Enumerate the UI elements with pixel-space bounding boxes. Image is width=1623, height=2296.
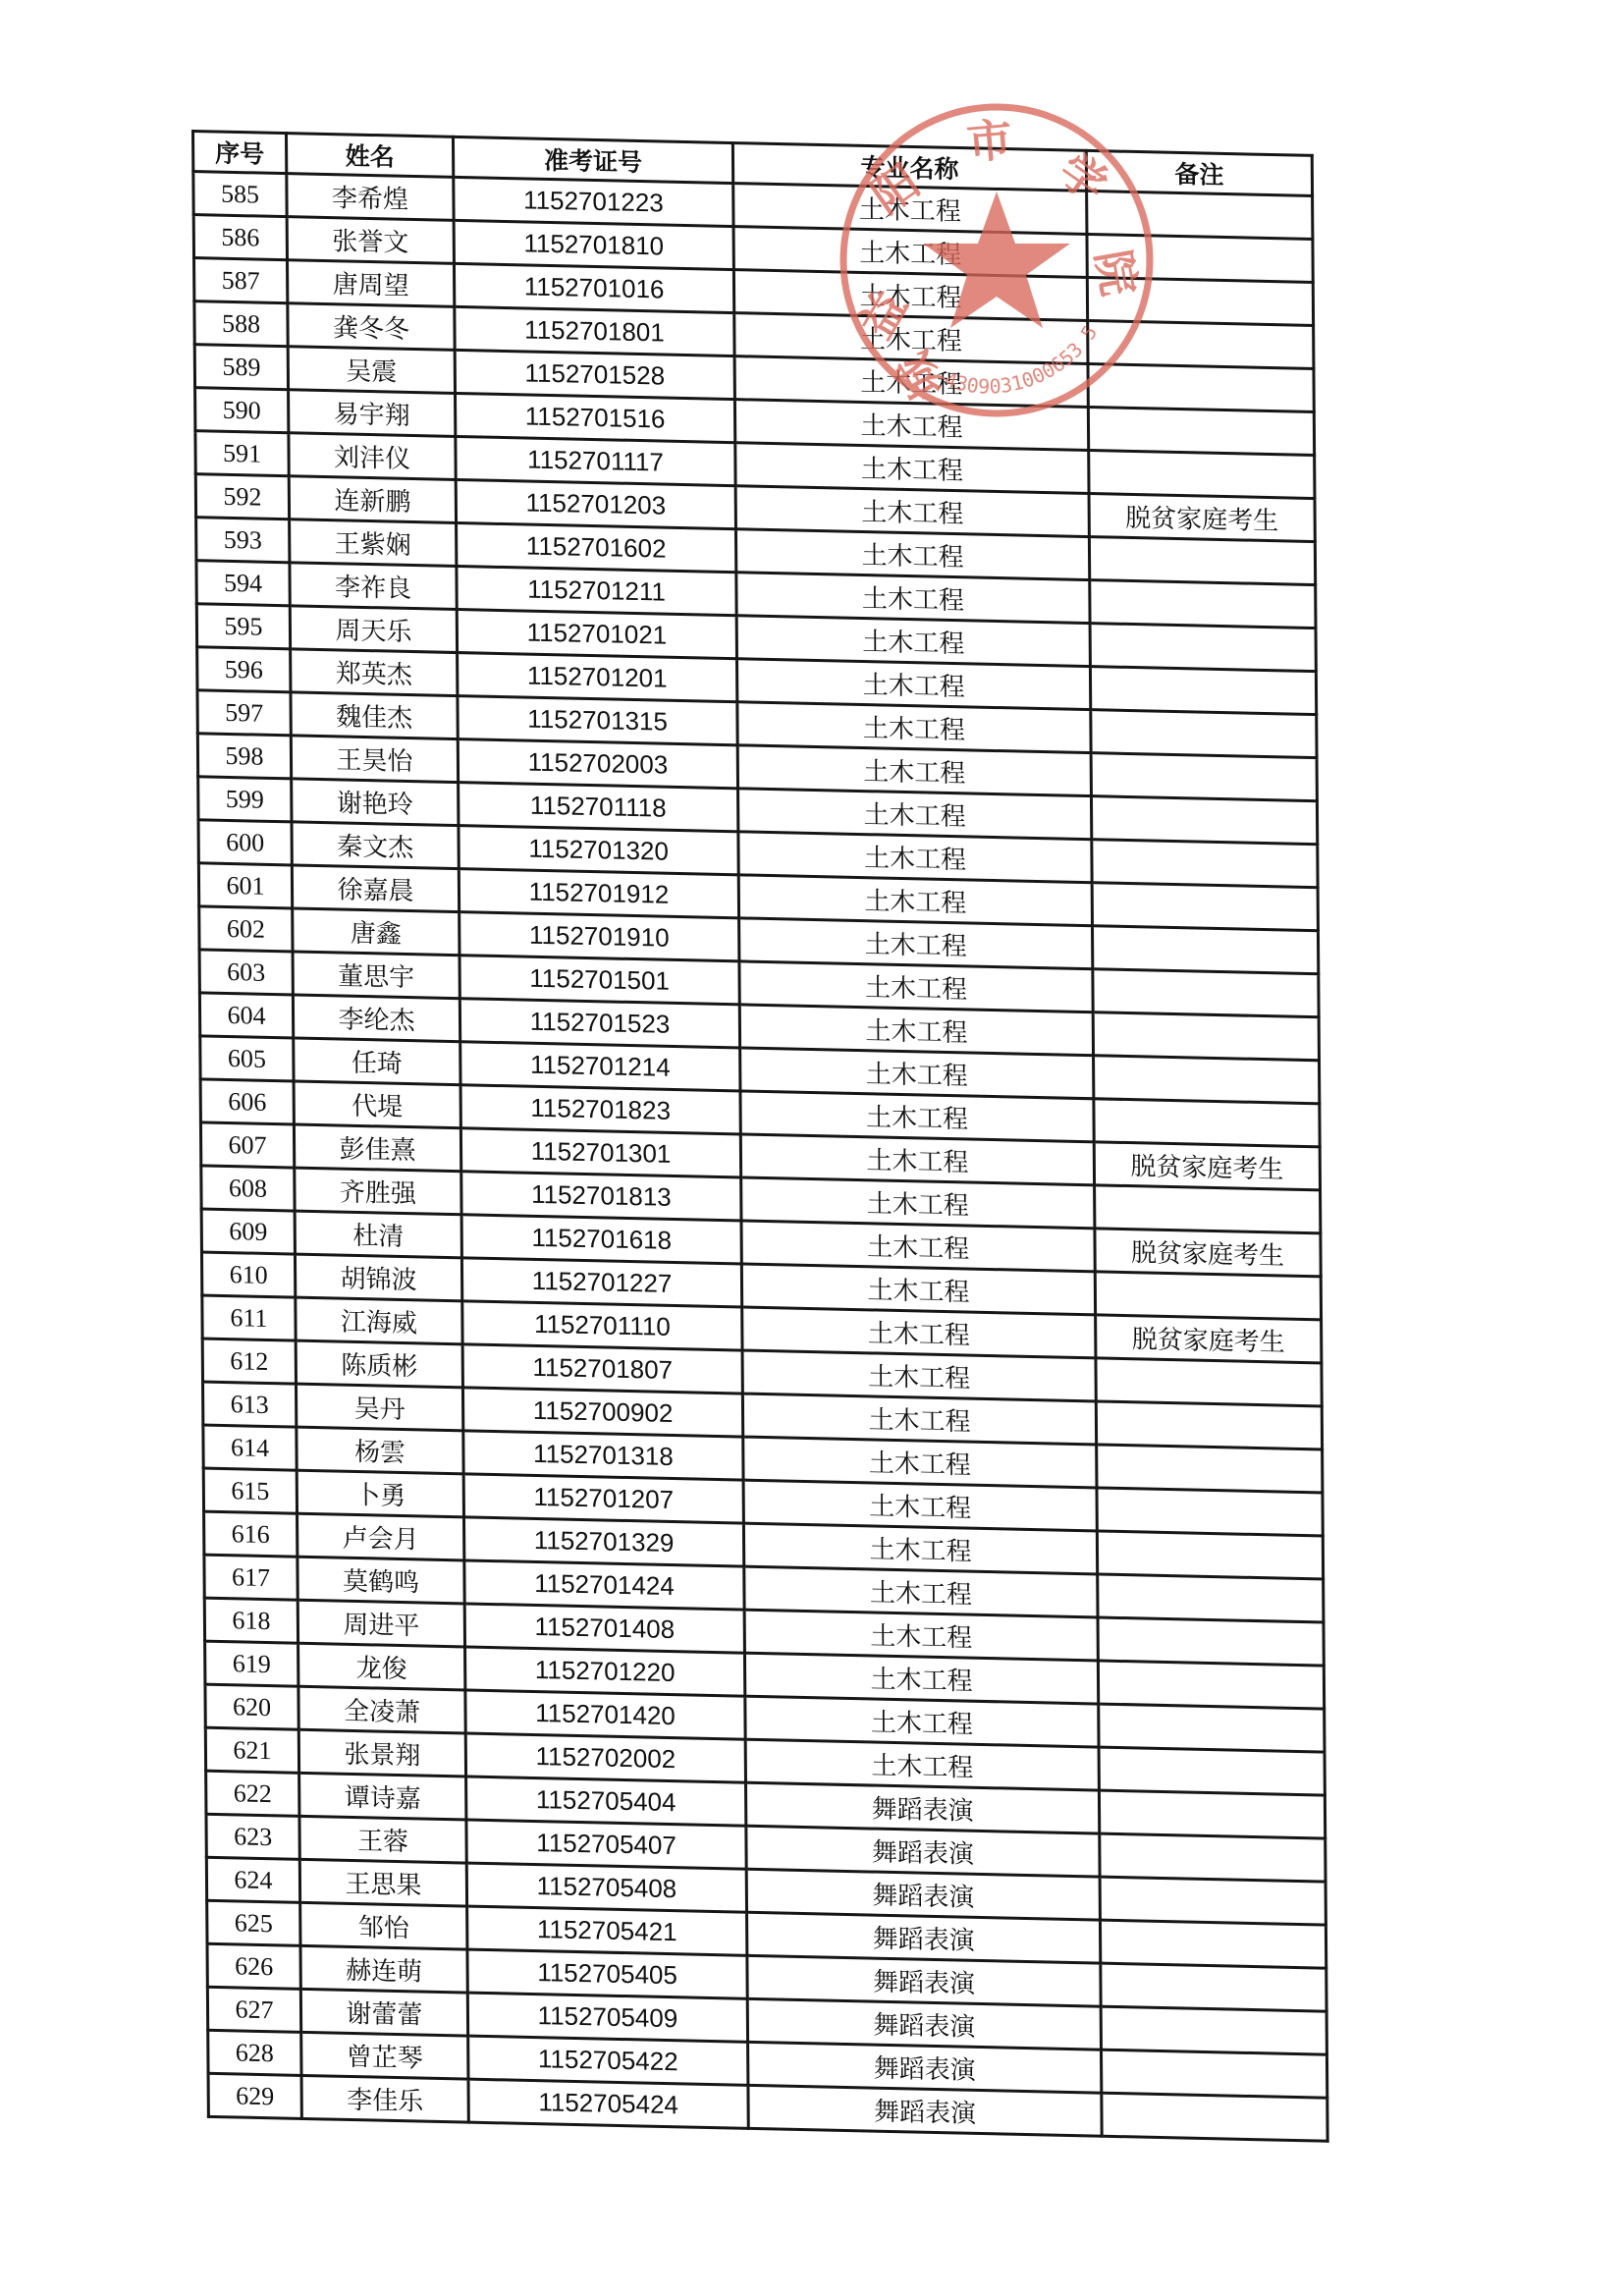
cell-exam-id: 1152701315: [458, 696, 737, 745]
cell-exam-id: 1152701408: [464, 1604, 744, 1653]
cell-note: [1088, 407, 1314, 455]
cell-major: 土木工程: [733, 184, 1087, 235]
cell-exam-id: 1152701207: [463, 1474, 743, 1523]
cell-exam-id: 1152701227: [461, 1258, 741, 1307]
cell-exam-id: 1152701203: [456, 479, 735, 528]
cell-major: 土木工程: [735, 486, 1089, 537]
cell-major: 舞蹈表演: [747, 1912, 1101, 1963]
cell-seq: 591: [195, 431, 289, 476]
cell-name: 赫连萌: [300, 1945, 467, 1993]
cell-major: 土木工程: [736, 573, 1090, 624]
cell-exam-id: 1152701501: [460, 956, 739, 1005]
table-body: 585李希煌1152701223土木工程586张誉文1152701810土木工程…: [193, 172, 1327, 2142]
cell-name: 胡锦波: [295, 1254, 461, 1301]
cell-name: 李佳乐: [301, 2075, 468, 2122]
cell-note: [1100, 1877, 1325, 1925]
cell-note: [1092, 840, 1318, 888]
cell-name: 张誉文: [287, 217, 454, 264]
cell-exam-id: 1152701117: [456, 436, 735, 485]
cell-major: 土木工程: [744, 1610, 1098, 1661]
cell-seq: 586: [193, 215, 287, 260]
cell-name: 全凌萧: [298, 1686, 465, 1733]
cell-note: [1095, 1185, 1321, 1233]
cell-name: 刘沣仪: [289, 433, 456, 480]
cell-exam-id: 1152701220: [465, 1647, 745, 1696]
cell-name: 李纶杰: [293, 995, 460, 1042]
cell-note: 脱贫家庭考生: [1094, 1142, 1320, 1190]
cell-major: 土木工程: [742, 1307, 1096, 1358]
cell-seq: 617: [204, 1555, 298, 1600]
header-exam-id: 准考证号: [453, 137, 732, 183]
cell-note: [1093, 969, 1319, 1017]
cell-seq: 626: [207, 1943, 300, 1989]
cell-major: 舞蹈表演: [747, 1998, 1101, 2050]
cell-note: [1100, 1833, 1325, 1882]
cell-name: 谭诗嘉: [299, 1773, 466, 1820]
cell-seq: 628: [208, 2030, 301, 2075]
cell-major: 舞蹈表演: [748, 2085, 1102, 2136]
cell-major: 土木工程: [739, 961, 1093, 1012]
cell-major: 土木工程: [734, 356, 1088, 408]
cell-note: [1087, 191, 1313, 239]
cell-name: 莫鹤鸣: [298, 1557, 464, 1604]
cell-name: 彭佳熹: [294, 1124, 460, 1172]
cell-note: [1099, 1704, 1325, 1752]
header-name: 姓名: [286, 134, 453, 178]
cell-major: 舞蹈表演: [745, 1782, 1099, 1833]
cell-major: 舞蹈表演: [746, 1869, 1100, 1920]
cell-exam-id: 1152701016: [454, 263, 733, 312]
cell-exam-id: 1152701807: [462, 1344, 742, 1394]
cell-note: [1090, 667, 1316, 715]
cell-note: 脱贫家庭考生: [1095, 1229, 1321, 1277]
cell-seq: 624: [206, 1857, 299, 1902]
cell-name: 龙俊: [298, 1643, 465, 1690]
cell-major: 土木工程: [734, 313, 1088, 364]
cell-note: [1101, 1963, 1326, 2011]
cell-name: 王思果: [299, 1859, 466, 1906]
cell-exam-id: 1152701516: [455, 393, 734, 442]
cell-seq: 590: [195, 388, 289, 433]
cell-seq: 588: [194, 301, 288, 347]
cell-note: [1087, 277, 1313, 325]
cell-note: [1088, 363, 1314, 411]
cell-seq: 605: [200, 1036, 294, 1081]
cell-major: 土木工程: [739, 918, 1093, 969]
cell-major: 土木工程: [745, 1739, 1099, 1790]
cell-seq: 599: [198, 777, 292, 822]
cell-seq: 608: [201, 1166, 295, 1211]
cell-exam-id: 1152701912: [459, 869, 738, 918]
cell-major: 土木工程: [743, 1523, 1097, 1574]
cell-note: [1096, 1401, 1322, 1449]
cell-exam-id: 1152705405: [467, 1949, 747, 1998]
cell-name: 周天乐: [290, 606, 457, 653]
cell-seq: 594: [196, 561, 290, 606]
cell-seq: 623: [206, 1814, 299, 1859]
cell-name: 齐胜强: [295, 1168, 461, 1215]
cell-seq: 589: [194, 345, 288, 390]
cell-note: 脱贫家庭考生: [1096, 1315, 1322, 1363]
cell-note: [1092, 883, 1318, 931]
cell-name: 魏佳杰: [291, 692, 458, 739]
cell-exam-id: 1152701602: [457, 522, 736, 572]
cell-note: [1098, 1574, 1324, 1622]
cell-seq: 613: [203, 1382, 297, 1427]
cell-name: 李希煌: [287, 174, 454, 221]
cell-seq: 601: [198, 863, 292, 908]
cell-seq: 614: [203, 1425, 297, 1470]
cell-major: 土木工程: [737, 745, 1091, 796]
cell-name: 代堤: [294, 1081, 460, 1128]
cell-note: [1097, 1488, 1323, 1536]
cell-major: 舞蹈表演: [748, 2042, 1102, 2093]
cell-major: 土木工程: [735, 529, 1089, 580]
cell-exam-id: 1152701329: [463, 1517, 743, 1566]
cell-name: 王昊怡: [291, 736, 458, 783]
cell-name: 杨雲: [297, 1427, 463, 1474]
cell-note: [1090, 624, 1316, 672]
cell-seq: 606: [200, 1079, 294, 1124]
cell-note: [1094, 1056, 1320, 1104]
cell-major: 土木工程: [733, 227, 1087, 278]
cell-exam-id: 1152701823: [460, 1085, 740, 1134]
cell-exam-id: 1152701318: [463, 1431, 743, 1480]
cell-exam-id: 1152705404: [466, 1777, 746, 1826]
cell-major: 土木工程: [745, 1696, 1099, 1747]
cell-seq: 595: [196, 604, 290, 649]
cell-note: [1091, 753, 1317, 801]
cell-seq: 621: [205, 1727, 298, 1773]
cell-name: 江海威: [296, 1297, 462, 1344]
cell-major: 土木工程: [735, 443, 1089, 494]
cell-name: 董思宇: [293, 952, 460, 999]
cell-name: 唐周望: [288, 260, 455, 307]
cell-note: [1092, 926, 1318, 974]
cell-note: [1097, 1531, 1323, 1579]
cell-seq: 597: [197, 690, 291, 736]
cell-seq: 622: [206, 1771, 299, 1816]
cell-name: 徐嘉晨: [292, 865, 459, 912]
header-note: 备注: [1086, 150, 1312, 195]
cell-exam-id: 1152705409: [467, 1993, 747, 2042]
cell-name: 杜清: [295, 1211, 461, 1258]
cell-name: 唐鑫: [293, 908, 460, 956]
cell-exam-id: 1152701211: [457, 566, 736, 615]
cell-exam-id: 1152701118: [459, 783, 738, 832]
cell-name: 王蓉: [299, 1816, 466, 1863]
cell-note: [1089, 537, 1315, 585]
cell-name: 卜勇: [297, 1470, 463, 1517]
cell-major: 土木工程: [740, 1048, 1094, 1099]
cell-seq: 615: [203, 1468, 297, 1513]
cell-major: 土木工程: [743, 1480, 1097, 1531]
cell-major: 土木工程: [738, 789, 1092, 840]
cell-exam-id: 1152700902: [462, 1388, 742, 1437]
cell-note: [1091, 710, 1317, 758]
cell-seq: 604: [199, 993, 293, 1038]
cell-exam-id: 1152701110: [462, 1301, 742, 1350]
cell-note: [1097, 1445, 1323, 1493]
cell-exam-id: 1152705424: [468, 2079, 748, 2128]
cell-seq: 612: [202, 1339, 296, 1384]
cell-major: 土木工程: [734, 400, 1088, 451]
cell-note: [1093, 1012, 1319, 1061]
cell-exam-id: 1152701301: [460, 1128, 740, 1177]
cell-note: [1094, 1099, 1320, 1147]
cell-note: [1101, 2006, 1326, 2054]
cell-name: 易宇翔: [289, 390, 456, 437]
cell-exam-id: 1152701618: [461, 1215, 741, 1264]
admission-roster-table: 序号 姓名 准考证号 专业名称 备注 585李希煌1152701223土木工程5…: [191, 130, 1329, 2143]
cell-seq: 618: [204, 1598, 298, 1643]
cell-major: 土木工程: [742, 1350, 1096, 1401]
cell-name: 郑英杰: [291, 649, 458, 696]
cell-seq: 602: [199, 906, 293, 952]
cell-seq: 585: [193, 172, 287, 217]
cell-note: [1096, 1358, 1322, 1406]
cell-name: 曾芷琴: [301, 2032, 468, 2079]
cell-note: 脱贫家庭考生: [1089, 494, 1315, 542]
cell-exam-id: 1152705407: [466, 1820, 746, 1869]
cell-seq: 596: [197, 647, 291, 692]
cell-major: 土木工程: [733, 270, 1087, 321]
cell-exam-id: 1152701910: [460, 912, 739, 961]
cell-name: 卢会月: [298, 1513, 464, 1560]
cell-major: 土木工程: [737, 702, 1091, 753]
cell-seq: 625: [207, 1900, 300, 1945]
cell-exam-id: 1152702002: [465, 1733, 745, 1782]
cell-seq: 611: [202, 1295, 296, 1340]
cell-exam-id: 1152705408: [466, 1863, 746, 1912]
header-seq: 序号: [193, 132, 287, 174]
cell-seq: 610: [201, 1252, 295, 1297]
cell-note: [1101, 2050, 1326, 2098]
cell-major: 土木工程: [736, 616, 1090, 667]
cell-major: 土木工程: [743, 1437, 1097, 1488]
cell-name: 吴震: [288, 347, 455, 394]
cell-exam-id: 1152701810: [454, 220, 733, 269]
cell-exam-id: 1152701420: [465, 1690, 745, 1739]
cell-seq: 587: [194, 258, 288, 303]
cell-exam-id: 1152701201: [458, 653, 737, 702]
cell-name: 任琦: [294, 1038, 460, 1085]
cell-note: [1091, 796, 1317, 845]
cell-name: 陈质彬: [296, 1340, 462, 1388]
cell-major: 土木工程: [738, 832, 1092, 883]
cell-exam-id: 1152702003: [458, 739, 737, 789]
cell-note: [1102, 2093, 1327, 2141]
cell-note: [1098, 1661, 1324, 1709]
cell-note: [1087, 234, 1313, 282]
cell-note: [1088, 320, 1314, 368]
cell-major: 舞蹈表演: [746, 1826, 1100, 1877]
cell-seq: 607: [200, 1122, 294, 1168]
cell-major: 土木工程: [742, 1394, 1096, 1445]
cell-major: 土木工程: [740, 1091, 1094, 1142]
cell-name: 龚冬冬: [288, 303, 455, 351]
cell-exam-id: 1152701813: [461, 1172, 741, 1221]
cell-note: [1099, 1747, 1325, 1795]
cell-seq: 629: [208, 2073, 301, 2118]
cell-seq: 592: [195, 474, 289, 519]
cell-name: 秦文杰: [292, 822, 459, 869]
cell-seq: 600: [198, 820, 292, 865]
cell-note: [1090, 580, 1316, 629]
cell-seq: 609: [201, 1209, 295, 1254]
cell-name: 李祚良: [290, 563, 457, 610]
cell-major: 舞蹈表演: [747, 1955, 1101, 2006]
cell-name: 吴丹: [296, 1384, 462, 1431]
cell-name: 谢蕾蕾: [300, 1989, 467, 2036]
cell-major: 土木工程: [741, 1177, 1095, 1229]
cell-name: 周进平: [298, 1600, 464, 1647]
cell-note: [1099, 1790, 1325, 1838]
cell-major: 土木工程: [739, 1005, 1093, 1056]
cell-major: 土木工程: [744, 1653, 1098, 1704]
cell-major: 土木工程: [744, 1566, 1098, 1617]
cell-major: 土木工程: [741, 1264, 1095, 1315]
cell-exam-id: 1152701801: [455, 306, 734, 355]
cell-major: 土木工程: [740, 1134, 1094, 1185]
cell-exam-id: 1152701021: [457, 610, 736, 659]
cell-exam-id: 1152701424: [464, 1560, 744, 1610]
cell-exam-id: 1152701320: [459, 826, 738, 875]
cell-name: 连新鹏: [289, 476, 456, 523]
cell-name: 邹怡: [300, 1902, 467, 1949]
cell-major: 土木工程: [741, 1221, 1095, 1272]
cell-note: [1095, 1272, 1321, 1320]
cell-exam-id: 1152701528: [455, 350, 734, 399]
cell-exam-id: 1152705421: [467, 1906, 747, 1955]
cell-name: 张景翔: [298, 1729, 465, 1777]
cell-seq: 616: [204, 1511, 298, 1557]
cell-exam-id: 1152701523: [460, 999, 739, 1048]
cell-major: 土木工程: [737, 659, 1091, 710]
cell-name: 王紫娴: [290, 519, 457, 567]
cell-note: [1100, 1920, 1325, 1968]
cell-seq: 593: [196, 518, 290, 563]
roster-sheet: 序号 姓名 准考证号 专业名称 备注 585李希煌1152701223土木工程5…: [191, 130, 1326, 2143]
cell-seq: 620: [205, 1684, 298, 1729]
cell-seq: 598: [197, 734, 291, 779]
cell-exam-id: 1152701223: [454, 177, 733, 226]
cell-exam-id: 1152705422: [468, 2036, 748, 2085]
cell-note: [1089, 451, 1315, 499]
cell-seq: 627: [207, 1987, 300, 2032]
cell-seq: 619: [205, 1641, 298, 1686]
cell-name: 谢艳玲: [292, 779, 459, 826]
cell-note: [1098, 1617, 1324, 1666]
cell-exam-id: 1152701214: [460, 1042, 740, 1091]
cell-major: 土木工程: [738, 875, 1092, 926]
cell-seq: 603: [199, 950, 293, 995]
